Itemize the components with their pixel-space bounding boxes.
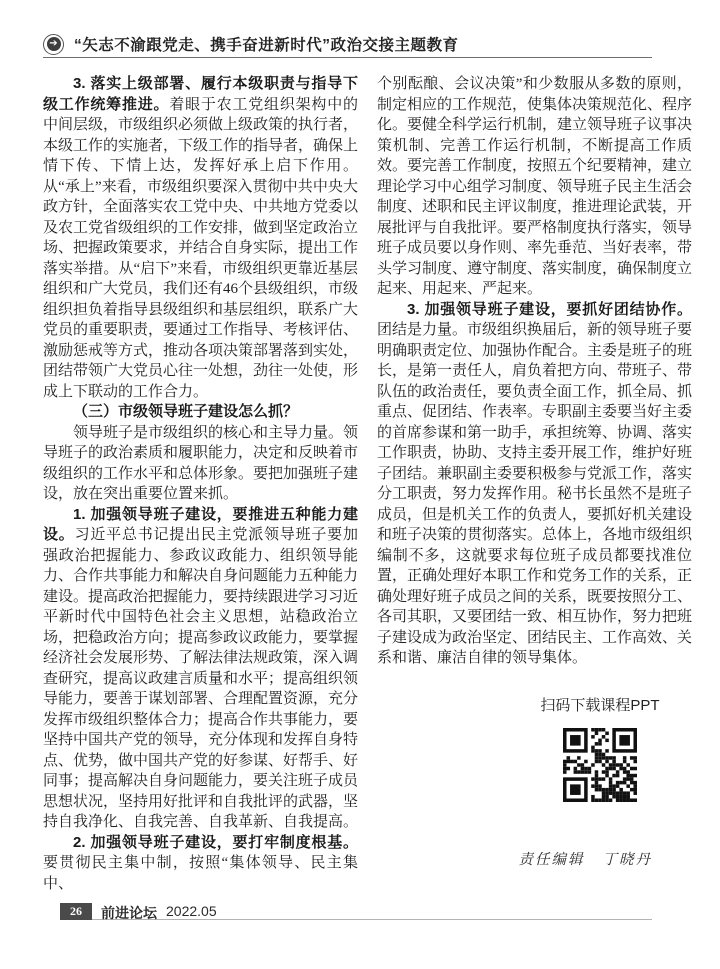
paragraph: 3. 落实上级部署、履行本级职责与指导下级工作统筹推进。着眼于农工党组织架构中的…	[43, 74, 358, 402]
qr-code	[563, 728, 637, 802]
paragraph: 个别酝酿、会议决策”和少数服从多数的原则，制定相应的工作规范，使集体决策规范化、…	[377, 74, 692, 300]
editor-label: 责任编辑	[519, 852, 585, 868]
editor-credit: 责任编辑丁晓丹	[377, 848, 692, 869]
arrow-circle-icon: ➔	[43, 34, 64, 55]
qr-caption: 扫码下载课程PPT	[517, 694, 683, 715]
right-column: 个别酝酿、会议决策”和少数服从多数的原则，制定相应的工作规范，使集体决策规范化、…	[377, 74, 692, 894]
qr-section: 扫码下载课程PPT	[517, 694, 683, 802]
journal-name: 前进论坛	[101, 903, 157, 923]
paragraph: 3. 加强领导班子建设，要抓好团结协作。团结是力量。市级组织换届后，新的领导班子…	[377, 300, 692, 669]
editor-name: 丁晓丹	[603, 852, 653, 868]
section-heading: （三）市级领导班子建设怎么抓？	[43, 402, 358, 423]
paragraph-lead: 3. 加强领导班子建设，要抓好团结协作。	[407, 301, 692, 318]
page-header: ➔ “矢志不渝跟党走、携手奋进新时代”政治交接主题教育	[43, 33, 652, 58]
paragraph: 2. 加强领导班子建设，要打牢制度根基。要贯彻民主集中制，按照“集体领导、民主集…	[43, 833, 358, 895]
left-column: 3. 落实上级部署、履行本级职责与指导下级工作统筹推进。着眼于农工党组织架构中的…	[43, 74, 358, 894]
paragraph-lead: 3. 落实上级部署、履行本级职责与指导下级工作统筹推进。	[43, 75, 358, 113]
page-number: 26	[60, 903, 92, 920]
journal-issue: 2022.05	[166, 903, 217, 919]
article-body: 3. 落实上级部署、履行本级职责与指导下级工作统筹推进。着眼于农工党组织架构中的…	[43, 74, 692, 894]
paragraph-lead: 1. 加强领导班子建设，要推进五种能力建设。	[43, 506, 358, 544]
paragraph: 1. 加强领导班子建设，要推进五种能力建设。习近平总书记提出民主党派领导班子要加…	[43, 505, 358, 833]
magazine-page: ➔ “矢志不渝跟党走、携手奋进新时代”政治交接主题教育 3. 落实上级部署、履行…	[0, 0, 720, 969]
paragraph-lead: 2. 加强领导班子建设，要打牢制度根基。	[73, 834, 358, 851]
running-head-title: “矢志不渝跟党走、携手奋进新时代”政治交接主题教育	[74, 33, 459, 55]
paragraph: 领导班子是市级组织的核心和主导力量。领导班子的政治素质和履职能力，决定和反映着市…	[43, 423, 358, 505]
